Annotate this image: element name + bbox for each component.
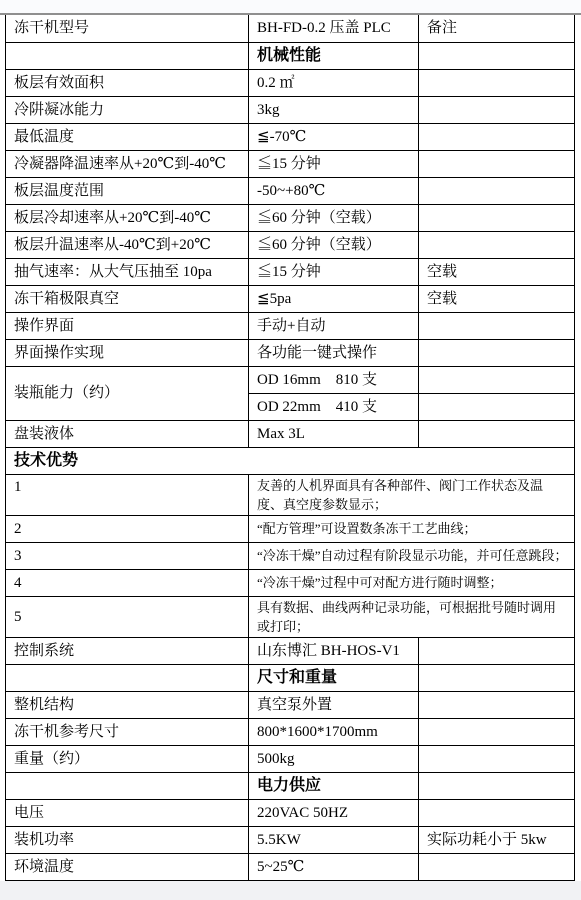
table-row: 尺寸和重量	[6, 664, 575, 691]
spec-value-cell: 具有数据、曲线两种记录功能，可根据批号随时调用或打印；	[249, 596, 575, 637]
page-root: { "page": { "background": "#ffffff", "ou…	[0, 0, 581, 900]
table-row: 整机结构真空泵外置	[6, 691, 575, 718]
table-row: 电压220VAC 50HZ	[6, 799, 575, 826]
table-row: 冷凝器降温速率从+20℃到-40℃≦15 分钟	[6, 150, 575, 177]
section-header-cell: 电力供应	[249, 772, 419, 799]
spec-label-cell: 重量（约）	[6, 745, 249, 772]
table-row: 操作界面手动+自动	[6, 312, 575, 339]
top-margin-strip	[0, 0, 581, 13]
spec-value-cell: 500kg	[249, 745, 419, 772]
spec-table-area: 冻干机型号BH-FD-0.2 压盖 PLC备注机械性能板层有效面积0.2 ㎡冷阱…	[0, 15, 581, 881]
spec-remark-cell	[419, 177, 575, 204]
spec-label-cell: 板层升温速率从-40℃到+20℃	[6, 231, 249, 258]
table-row: 冻干机参考尺寸800*1600*1700mm	[6, 718, 575, 745]
spec-label-cell: 装瓶能力（约）	[6, 366, 249, 420]
table-row: 冻干机型号BH-FD-0.2 压盖 PLC备注	[6, 15, 575, 42]
bottom-background-area	[0, 881, 581, 900]
spec-table: 冻干机型号BH-FD-0.2 压盖 PLC备注机械性能板层有效面积0.2 ㎡冷阱…	[5, 15, 575, 881]
table-row: 3“冷冻干燥”自动过程有阶段显示功能，并可任意跳段；	[6, 542, 575, 569]
spec-label-cell	[6, 664, 249, 691]
spec-label-cell: 环境温度	[6, 853, 249, 880]
spec-value-cell: 800*1600*1700mm	[249, 718, 419, 745]
table-row: 4“冷冻干燥”过程中可对配方进行随时调整；	[6, 569, 575, 596]
spec-label-cell: 整机结构	[6, 691, 249, 718]
table-row: 冻干箱极限真空≦5pa空载	[6, 285, 575, 312]
table-row: 5具有数据、曲线两种记录功能，可根据批号随时调用或打印；	[6, 596, 575, 637]
spec-label-cell: 板层温度范围	[6, 177, 249, 204]
table-row: 板层升温速率从-40℃到+20℃≦60 分钟（空载）	[6, 231, 575, 258]
spec-value-cell: “配方管理”可设置数条冻干工艺曲线；	[249, 515, 575, 542]
spec-value-cell: OD 22mm 410 支	[249, 393, 419, 420]
spec-label-cell: 装机功率	[6, 826, 249, 853]
table-row: 环境温度5~25℃	[6, 853, 575, 880]
spec-value-cell: 5.5KW	[249, 826, 419, 853]
spec-label-cell: 1	[6, 474, 249, 515]
spec-value-cell: BH-FD-0.2 压盖 PLC	[249, 15, 419, 42]
spec-value-cell: 各功能一键式操作	[249, 339, 419, 366]
spec-label-cell: 4	[6, 569, 249, 596]
spec-value-cell: -50~+80℃	[249, 177, 419, 204]
spec-label-cell: 盘装液体	[6, 420, 249, 447]
spec-remark-cell	[419, 691, 575, 718]
spec-label-cell: 2	[6, 515, 249, 542]
spec-value-cell: ≦60 分钟（空载）	[249, 231, 419, 258]
table-row: 板层冷却速率从+20℃到-40℃≦60 分钟（空载）	[6, 204, 575, 231]
spec-label-cell: 冻干箱极限真空	[6, 285, 249, 312]
spec-label-cell: 界面操作实现	[6, 339, 249, 366]
spec-table-body: 冻干机型号BH-FD-0.2 压盖 PLC备注机械性能板层有效面积0.2 ㎡冷阱…	[6, 15, 575, 880]
spec-remark-cell	[419, 231, 575, 258]
table-row: 板层温度范围-50~+80℃	[6, 177, 575, 204]
section-header-cell: 机械性能	[249, 42, 419, 69]
table-row: 2“配方管理”可设置数条冻干工艺曲线；	[6, 515, 575, 542]
spec-remark-cell	[419, 393, 575, 420]
spec-label-cell: 最低温度	[6, 123, 249, 150]
spec-value-cell: “冷冻干燥”过程中可对配方进行随时调整；	[249, 569, 575, 596]
spec-remark-cell	[419, 96, 575, 123]
spec-label-cell	[6, 772, 249, 799]
spec-label-cell: 板层冷却速率从+20℃到-40℃	[6, 204, 249, 231]
table-row: 盘装液体Max 3L	[6, 420, 575, 447]
spec-value-cell: 真空泵外置	[249, 691, 419, 718]
spec-remark-cell	[419, 42, 575, 69]
spec-remark-cell	[419, 312, 575, 339]
spec-remark-cell	[419, 123, 575, 150]
table-row: 1友善的人机界面具有各种部件、阀门工作状态及温度、真空度参数显示；	[6, 474, 575, 515]
table-row: 控制系统山东博汇 BH-HOS-V1	[6, 637, 575, 664]
spec-label-cell	[6, 42, 249, 69]
spec-remark-cell	[419, 718, 575, 745]
spec-remark-cell	[419, 664, 575, 691]
spec-remark-cell	[419, 150, 575, 177]
spec-remark-cell	[419, 204, 575, 231]
spec-value-cell: ≦15 分钟	[249, 258, 419, 285]
spec-value-cell: ≦15 分钟	[249, 150, 419, 177]
spec-remark-cell	[419, 853, 575, 880]
table-row: 板层有效面积0.2 ㎡	[6, 69, 575, 96]
spec-value-cell: “冷冻干燥”自动过程有阶段显示功能，并可任意跳段；	[249, 542, 575, 569]
table-row: 电力供应	[6, 772, 575, 799]
spec-value-cell: 220VAC 50HZ	[249, 799, 419, 826]
spec-remark-cell	[419, 772, 575, 799]
table-row: 技术优势	[6, 447, 575, 474]
section-title-cell: 技术优势	[6, 447, 575, 474]
spec-remark-cell	[419, 69, 575, 96]
table-row: 最低温度≦-70℃	[6, 123, 575, 150]
spec-value-cell: 3kg	[249, 96, 419, 123]
table-row: 机械性能	[6, 42, 575, 69]
spec-remark-cell	[419, 420, 575, 447]
spec-remark-cell: 空载	[419, 258, 575, 285]
spec-label-cell: 冻干机型号	[6, 15, 249, 42]
section-header-cell: 尺寸和重量	[249, 664, 419, 691]
table-row: 装瓶能力（约）OD 16mm 810 支	[6, 366, 575, 393]
spec-label-cell: 3	[6, 542, 249, 569]
table-row: 抽气速率：从大气压抽至 10pa≦15 分钟空载	[6, 258, 575, 285]
table-row: 冷阱凝冰能力3kg	[6, 96, 575, 123]
spec-value-cell: 手动+自动	[249, 312, 419, 339]
spec-value-cell: ≦5pa	[249, 285, 419, 312]
spec-label-cell: 板层有效面积	[6, 69, 249, 96]
spec-label-cell: 操作界面	[6, 312, 249, 339]
spec-label-cell: 冻干机参考尺寸	[6, 718, 249, 745]
spec-remark-cell: 实际功耗小于 5kw	[419, 826, 575, 853]
table-row: 重量（约）500kg	[6, 745, 575, 772]
spec-value-cell: OD 16mm 810 支	[249, 366, 419, 393]
spec-remark-cell	[419, 745, 575, 772]
spec-remark-cell	[419, 366, 575, 393]
spec-remark-cell: 备注	[419, 15, 575, 42]
table-row: 装机功率5.5KW实际功耗小于 5kw	[6, 826, 575, 853]
spec-value-cell: ≦-70℃	[249, 123, 419, 150]
spec-label-cell: 5	[6, 596, 249, 637]
spec-remark-cell	[419, 339, 575, 366]
spec-value-cell: Max 3L	[249, 420, 419, 447]
spec-value-cell: 山东博汇 BH-HOS-V1	[249, 637, 419, 664]
spec-value-cell: ≦60 分钟（空载）	[249, 204, 419, 231]
spec-value-cell: 0.2 ㎡	[249, 69, 419, 96]
spec-remark-cell	[419, 637, 575, 664]
spec-value-cell: 5~25℃	[249, 853, 419, 880]
spec-value-cell: 友善的人机界面具有各种部件、阀门工作状态及温度、真空度参数显示；	[249, 474, 575, 515]
spec-label-cell: 控制系统	[6, 637, 249, 664]
spec-remark-cell: 空载	[419, 285, 575, 312]
spec-remark-cell	[419, 799, 575, 826]
spec-label-cell: 冷阱凝冰能力	[6, 96, 249, 123]
table-row: 界面操作实现各功能一键式操作	[6, 339, 575, 366]
spec-label-cell: 冷凝器降温速率从+20℃到-40℃	[6, 150, 249, 177]
spec-label-cell: 电压	[6, 799, 249, 826]
spec-label-cell: 抽气速率：从大气压抽至 10pa	[6, 258, 249, 285]
